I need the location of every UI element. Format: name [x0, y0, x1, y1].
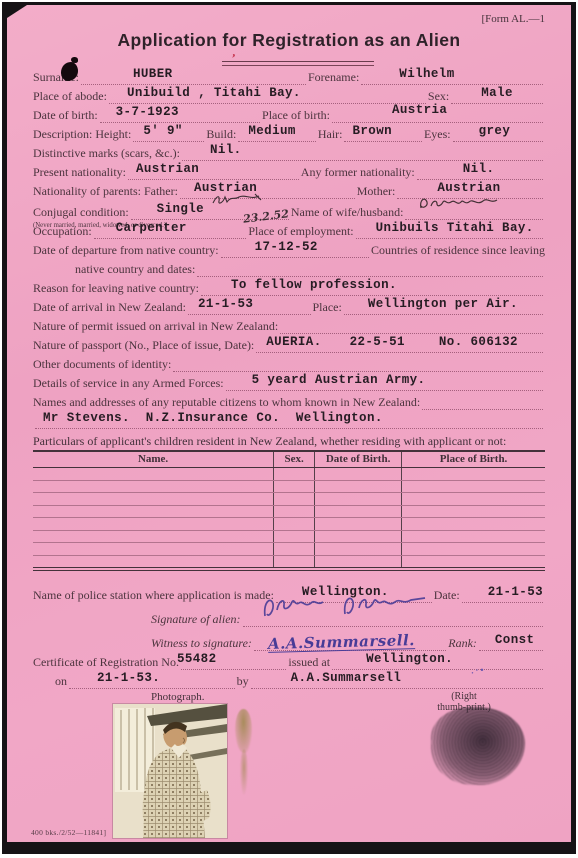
- row-citizens: Names and addresses of any reputable cit…: [33, 391, 545, 410]
- table-row: [33, 518, 545, 531]
- present-nationality-value: Austrian: [136, 162, 199, 176]
- passport-number: No. 606132: [439, 335, 518, 349]
- marks-value: Nil.: [210, 143, 242, 157]
- passport-line: AUERIA. 22-5-51 No. 606132: [256, 333, 543, 353]
- rank-line: Const: [479, 626, 543, 651]
- residence-line: [197, 257, 543, 277]
- arrival-value: 21-1-53: [198, 297, 253, 311]
- applicant-photograph: [113, 704, 227, 838]
- arrival-place-value: Wellington per Air.: [368, 297, 518, 311]
- by-line: A.A.Summarsell .·•: [251, 669, 543, 689]
- alien-registration-form: [Form AL.—1 Application for Registration…: [7, 5, 571, 842]
- residence-label-2: native country and dates:: [75, 262, 195, 277]
- witness-line: A.A.Summarsell.: [254, 626, 446, 651]
- departure-line: 17-12-52: [221, 238, 369, 258]
- ink-mark: .·•: [471, 665, 485, 671]
- row-occupation: Occupation: Carpenter Place of employmen…: [33, 220, 545, 239]
- conjugal-label: Conjugal condition: (Never married, marr…: [33, 205, 129, 220]
- build-label: Build:: [206, 127, 236, 142]
- mother-label: Mother:: [357, 184, 396, 199]
- issue-date-value: 21-1-53.: [97, 671, 160, 685]
- table-row: [33, 493, 545, 506]
- employment-line: Unibuils Titahi Bay.: [356, 219, 543, 239]
- dob-value: 3-7-1923: [116, 105, 179, 119]
- residence-label-1: Countries of residence since leaving: [371, 243, 545, 258]
- dob-line: 3-7-1923: [100, 103, 260, 123]
- thumbprint-label-line1: (Right: [429, 691, 499, 702]
- witness-label: Witness to signature:: [151, 636, 252, 651]
- reason-label: Reason for leaving native country:: [33, 281, 199, 296]
- photo-image: [113, 704, 227, 838]
- date-line: 21-1-53: [462, 583, 543, 603]
- issued-at-value: Wellington.: [366, 652, 453, 666]
- page-title: Application for Registration as an Alien: [33, 30, 545, 51]
- present-nationality-label: Present nationality:: [33, 165, 126, 180]
- row-residence: native country and dates:: [33, 258, 545, 277]
- present-nationality-line: Austrian: [128, 160, 299, 180]
- father-label: Nationality of parents: Father:: [33, 184, 178, 199]
- row-description: Description: Height: 5' 9" Build: Medium…: [33, 123, 545, 142]
- row-conjugal: Conjugal condition: (Never married, marr…: [33, 199, 545, 220]
- children-table-header-row: Name. Sex. Date of Birth. Place of Birth…: [33, 451, 545, 468]
- row-witness: Witness to signature: A.A.Summarsell. Ra…: [33, 627, 545, 651]
- row-abode: Place of abode: Unibuild , Titahi Bay. S…: [33, 85, 545, 104]
- printer-imprint: 400 bks./2/52—11841]: [31, 828, 106, 837]
- arrival-line: 21-1-53: [188, 295, 311, 315]
- certificate-label: Certificate of Registration No.: [33, 655, 179, 670]
- former-nationality-line: Nil.: [417, 160, 543, 180]
- issued-at-line: Wellington.: [332, 650, 543, 670]
- row-permit: Nature of permit issued on arrival in Ne…: [33, 315, 545, 334]
- forename-line: Wilhelm: [361, 65, 543, 85]
- pob-line: Austria: [332, 103, 543, 123]
- signature-label: Signature of alien:: [151, 612, 241, 627]
- row-arrival: Date of arrival in New Zealand: 21-1-53 …: [33, 296, 545, 315]
- departure-value: 17-12-52: [255, 240, 318, 254]
- former-nationality-value: Nil.: [463, 162, 495, 176]
- abode-line: Unibuild , Titahi Bay.: [109, 84, 426, 104]
- height-line: 5' 9": [133, 122, 204, 142]
- armed-forces-value: 5 yeard Austrian Army.: [252, 373, 426, 387]
- row-signature: Signature of alien:: [33, 603, 545, 627]
- table-row: [33, 530, 545, 543]
- citizens-label: Names and addresses of any reputable cit…: [33, 395, 420, 410]
- height-value: 5' 9": [143, 124, 183, 138]
- col-header-name: Name.: [33, 451, 274, 468]
- row-passport: Nature of passport (No., Place of issue,…: [33, 334, 545, 353]
- employment-label: Place of employment:: [248, 224, 353, 239]
- passport-date: 22-5-51: [350, 335, 405, 349]
- scan-corner: [7, 5, 27, 18]
- mother-value: Austrian: [437, 181, 500, 195]
- father-line: Austrian: [180, 179, 355, 199]
- alien-signature: [259, 590, 449, 624]
- former-nationality-label: Any former nationality:: [301, 165, 415, 180]
- reason-value: To fellow profession.: [231, 278, 397, 292]
- employment-value: Unibuils Titahi Bay.: [376, 221, 534, 235]
- sex-value: Male: [481, 86, 513, 100]
- row-nationality: Present nationality: Austrian Any former…: [33, 161, 545, 180]
- table-row: [33, 480, 545, 493]
- build-line: Medium: [238, 122, 315, 142]
- row-issue-date: on 21-1-53. by A.A.Summarsell .·•: [33, 670, 545, 689]
- citizens-value-line: Mr Stevens. N.Z.Insurance Co. Wellington…: [35, 409, 543, 429]
- handwritten-spouse-name: [417, 194, 501, 212]
- row-reason: Reason for leaving native country: To fe…: [33, 277, 545, 296]
- occupation-value: Carpenter: [116, 221, 187, 235]
- spouse-line: [405, 198, 543, 220]
- on-label: on: [55, 674, 67, 689]
- title-underline-wrap: ’: [33, 53, 545, 61]
- row-departure: Date of departure from native country: 1…: [33, 239, 545, 258]
- permit-label: Nature of permit issued on arrival in Ne…: [33, 319, 278, 334]
- date-value: 21-1-53: [488, 585, 543, 599]
- other-documents-label: Other documents of identity:: [33, 357, 171, 372]
- build-value: Medium: [248, 124, 295, 138]
- surname-line: HUBER: [81, 65, 306, 85]
- row-marks: Distinctive marks (scars, &c.): Nil.: [33, 142, 545, 161]
- hair-line: Brown: [344, 122, 421, 142]
- certificate-number: 55482: [177, 652, 217, 666]
- right-thumb-print: [431, 707, 525, 785]
- surname-value: HUBER: [133, 67, 173, 81]
- handwritten-married-scrawl: [211, 191, 263, 207]
- col-header-place-of-birth: Place of Birth.: [402, 451, 545, 468]
- row-armed-forces: Details of service in any Armed Forces: …: [33, 372, 545, 391]
- form-body: Surname: HUBER Forename: Wilhelm Place o…: [33, 66, 545, 429]
- declaration-section: Name of police station where application…: [33, 584, 545, 689]
- marks-label: Distinctive marks (scars, &c.):: [33, 146, 180, 161]
- citizens-value: Mr Stevens. N.Z.Insurance Co. Wellington…: [43, 411, 383, 425]
- citizens-line: [422, 390, 543, 410]
- conjugal-value: Single: [157, 202, 204, 216]
- col-header-date-of-birth: Date of Birth.: [315, 451, 402, 468]
- by-label: by: [237, 674, 249, 689]
- arrival-place-label: Place:: [313, 300, 342, 315]
- sex-label: Sex:: [428, 89, 449, 104]
- conjugal-line: Single 23.2.52: [131, 198, 289, 220]
- rank-value: Const: [495, 633, 535, 647]
- marks-line: Nil.: [182, 141, 543, 161]
- passport-place: AUERIA.: [266, 335, 321, 349]
- police-station-label: Name of police station where application…: [33, 588, 274, 603]
- permit-line: [280, 314, 543, 334]
- paper-stain: [235, 709, 252, 753]
- row-birth: Date of birth: 3-7-1923 Place of birth: …: [33, 104, 545, 123]
- signature-line: [243, 602, 543, 627]
- abode-value: Unibuild , Titahi Bay.: [127, 86, 301, 100]
- on-line: 21-1-53.: [69, 669, 235, 689]
- certificate-number-line: 55482: [181, 650, 286, 670]
- occupation-line: Carpenter: [94, 219, 247, 239]
- departure-label: Date of departure from native country:: [33, 243, 219, 258]
- eyes-label: Eyes:: [424, 127, 451, 142]
- hair-value: Brown: [352, 124, 392, 138]
- height-label: Description: Height:: [33, 127, 131, 142]
- row-citizens-value: Mr Stevens. N.Z.Insurance Co. Wellington…: [33, 410, 545, 429]
- forename-value: Wilhelm: [399, 67, 454, 81]
- table-row: [33, 505, 545, 518]
- dob-label: Date of birth:: [33, 108, 98, 123]
- form-number: [Form AL.—1: [33, 13, 545, 26]
- armed-forces-label: Details of service in any Armed Forces:: [33, 376, 224, 391]
- passport-label: Nature of passport (No., Place of issue,…: [33, 338, 254, 353]
- row-certificate: Certificate of Registration No. 55482 is…: [33, 651, 545, 670]
- reason-line: To fellow profession.: [201, 276, 543, 296]
- abode-label: Place of abode:: [33, 89, 107, 104]
- forename-label: Forename:: [308, 70, 359, 85]
- row-surname: Surname: HUBER Forename: Wilhelm: [33, 66, 545, 85]
- table-row: [33, 555, 545, 569]
- children-table-caption: Particulars of applicant's children resi…: [33, 434, 545, 449]
- issued-at-label: issued at: [288, 655, 330, 670]
- table-row: [33, 543, 545, 556]
- other-documents-line: [173, 352, 543, 372]
- issued-by-value: A.A.Summarsell: [291, 671, 402, 685]
- pob-value: Austria: [392, 103, 447, 117]
- photo-section: Photograph. (Right thumb-print.): [33, 691, 545, 842]
- armed-forces-line: 5 yeard Austrian Army.: [226, 371, 543, 391]
- pob-label: Place of birth:: [262, 108, 330, 123]
- children-table: Name. Sex. Date of Birth. Place of Birth…: [33, 450, 545, 571]
- photograph-label: Photograph.: [151, 691, 204, 703]
- col-header-sex: Sex.: [274, 451, 315, 468]
- sex-line: Male: [451, 84, 543, 104]
- row-other-documents: Other documents of identity:: [33, 353, 545, 372]
- table-row: [33, 468, 545, 481]
- arrival-place-line: Wellington per Air.: [344, 295, 543, 315]
- eyes-value: grey: [479, 124, 511, 138]
- occupation-label: Occupation:: [33, 224, 92, 239]
- arrival-label: Date of arrival in New Zealand:: [33, 300, 186, 315]
- spouse-label: Name of wife/husband:: [291, 205, 404, 220]
- hair-label: Hair:: [318, 127, 343, 142]
- eyes-line: grey: [453, 122, 543, 142]
- rank-label: Rank:: [448, 636, 477, 651]
